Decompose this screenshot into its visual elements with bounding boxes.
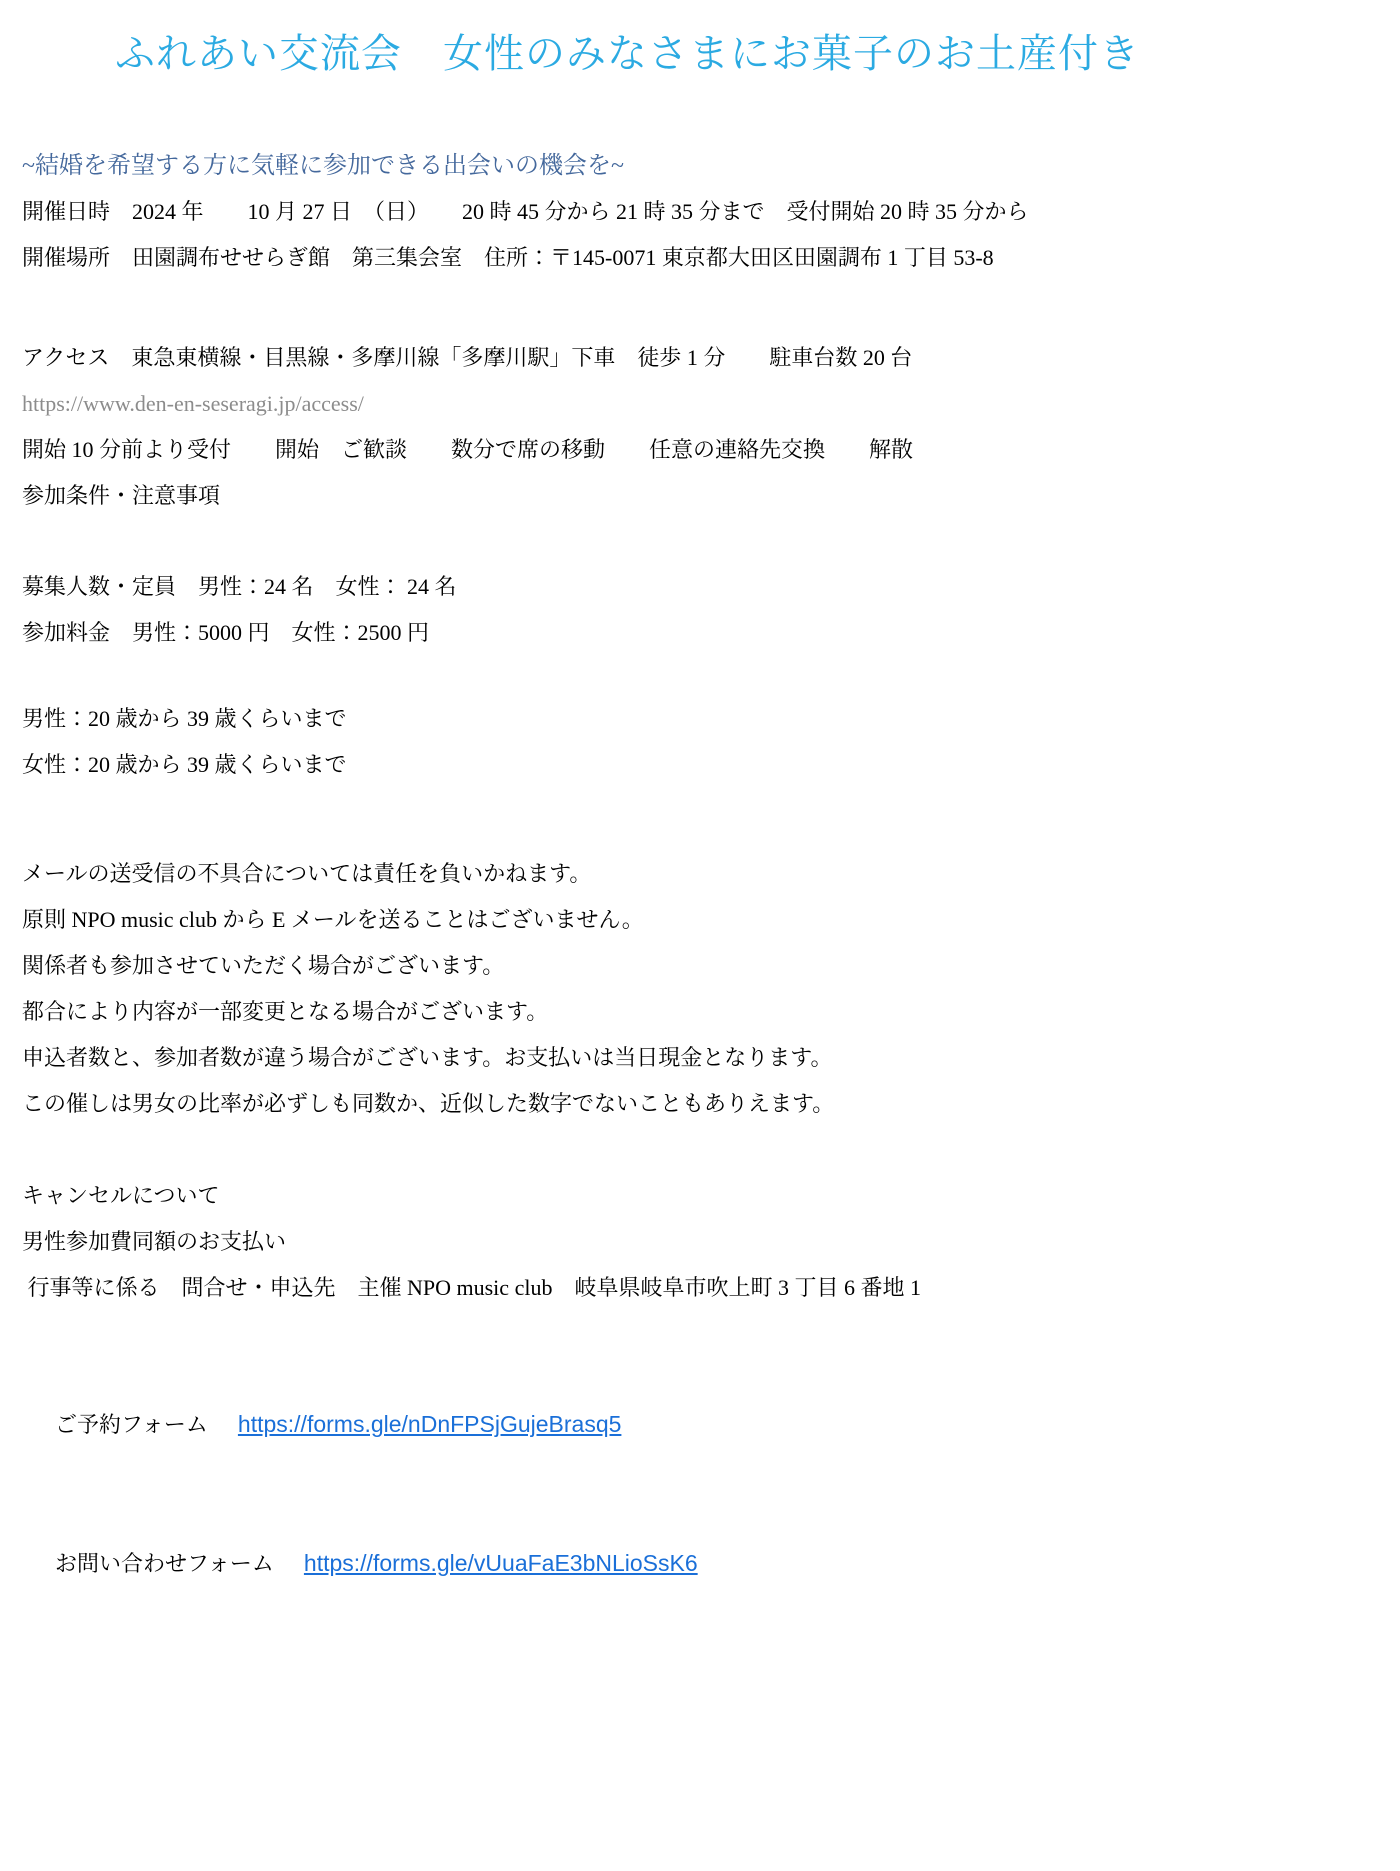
event-access: アクセス 東急東横線・目黒線・多摩川線「多摩川駅」下車 徒歩 1 分 駐車台数 … bbox=[22, 335, 1370, 381]
notes-section: メールの送受信の不具合については責任を負いかねます。 原則 NPO music … bbox=[22, 851, 1370, 1127]
cancellation-section: キャンセルについて 男性参加費同額のお支払い bbox=[22, 1173, 1370, 1265]
page-title: ふれあい交流会 女性のみなさまにお菓子のお土産付き bbox=[115, 28, 1370, 80]
inquiry-form-link[interactable]: https://forms.gle/vUuaFaE3bNLioSsK6 bbox=[304, 1550, 698, 1576]
note-line: 申込者数と、参加者数が違う場合がございます。お支払いは当日現金となります。 bbox=[22, 1035, 1370, 1081]
cancellation-heading: キャンセルについて bbox=[22, 1173, 1370, 1219]
age-men-line: 男性：20 歳から 39 歳くらいまで bbox=[22, 696, 1370, 742]
note-line: 関係者も参加させていただく場合がございます。 bbox=[22, 943, 1370, 989]
event-datetime: 開催日時 2024 年 10 月 27 日 （日） 20 時 45 分から 21… bbox=[22, 189, 1370, 235]
document-page: ふれあい交流会 女性のみなさまにお菓子のお土産付き ~結婚を希望する方に気軽に参… bbox=[0, 0, 1400, 1871]
event-flow: 開始 10 分前より受付 開始 ご歓談 数分で席の移動 任意の連絡先交換 解散 bbox=[22, 427, 1370, 473]
inquiry-form-label: お問い合わせフォーム bbox=[55, 1551, 274, 1576]
access-section: アクセス 東急東横線・目黒線・多摩川線「多摩川駅」下車 徒歩 1 分 駐車台数 … bbox=[22, 335, 1370, 427]
note-line: 都合により内容が一部変更となる場合がございます。 bbox=[22, 989, 1370, 1035]
access-url: https://www.den-en-seseragi.jp/access/ bbox=[22, 381, 1370, 427]
reservation-form-link[interactable]: https://forms.gle/nDnFPSjGujeBrasq5 bbox=[238, 1411, 622, 1437]
event-venue: 開催場所 田園調布せせらぎ館 第三集会室 住所：〒145-0071 東京都大田区… bbox=[22, 235, 1370, 281]
age-women-line: 女性：20 歳から 39 歳くらいまで bbox=[22, 742, 1370, 788]
capacity-fee-section: 募集人数・定員 男性：24 名 女性： 24 名 参加料金 男性：5000 円 … bbox=[22, 564, 1370, 656]
age-section: 男性：20 歳から 39 歳くらいまで 女性：20 歳から 39 歳くらいまで bbox=[22, 696, 1370, 788]
note-line: 原則 NPO music club から E メールを送ることはございません。 bbox=[22, 897, 1370, 943]
cancellation-policy: 男性参加費同額のお支払い bbox=[22, 1219, 1370, 1265]
note-line: メールの送受信の不具合については責任を負いかねます。 bbox=[22, 851, 1370, 897]
organizer-contact-line: 行事等に係る 問合せ・申込先 主催 NPO music club 岐阜県岐阜市吹… bbox=[22, 1265, 1370, 1311]
note-line: この催しは男女の比率が必ずしも同数か、近似した数字でないこともありえます。 bbox=[22, 1081, 1370, 1127]
fee-line: 参加料金 男性：5000 円 女性：2500 円 bbox=[22, 610, 1370, 656]
forms-section: ご予約フォームhttps://forms.gle/nDnFPSjGujeBras… bbox=[22, 1355, 1370, 1633]
inquiry-form-line: お問い合わせフォームhttps://forms.gle/vUuaFaE3bNLi… bbox=[22, 1494, 1370, 1633]
capacity-line: 募集人数・定員 男性：24 名 女性： 24 名 bbox=[22, 564, 1370, 610]
reservation-form-label: ご予約フォーム bbox=[55, 1412, 208, 1437]
reservation-form-line: ご予約フォームhttps://forms.gle/nDnFPSjGujeBras… bbox=[22, 1355, 1370, 1494]
subtitle: ~結婚を希望する方に気軽に参加できる出会いの機会を~ bbox=[22, 143, 1370, 189]
conditions-heading: 参加条件・注意事項 bbox=[22, 473, 1370, 519]
